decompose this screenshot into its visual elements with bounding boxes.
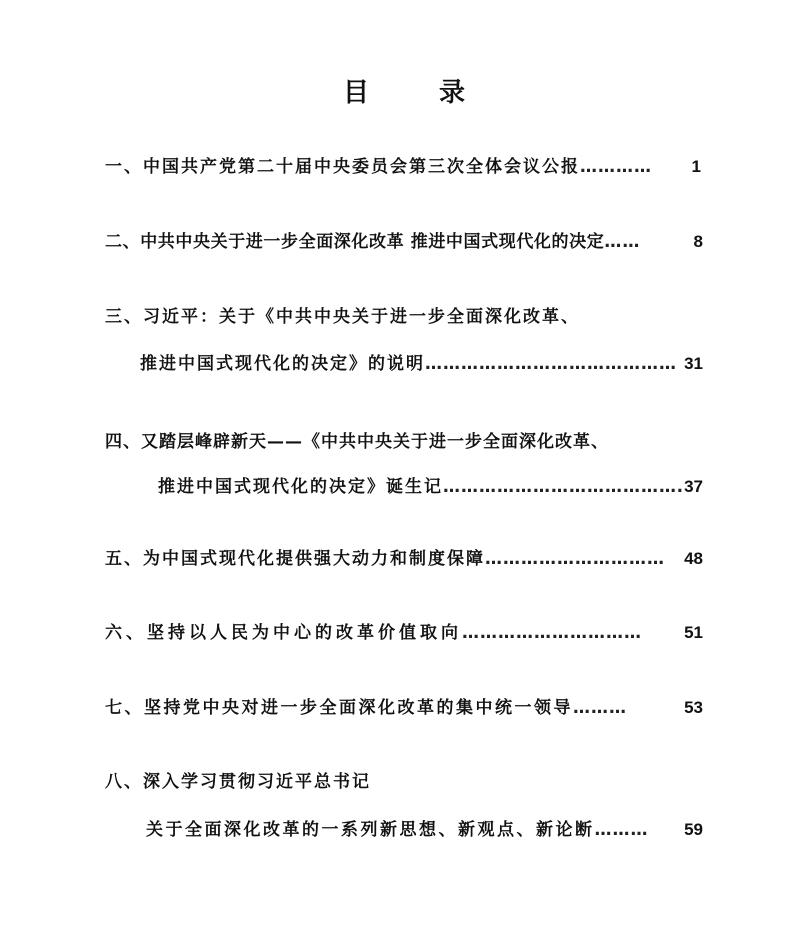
leader-dots: …… bbox=[604, 230, 693, 254]
toc-entry-title-cont: 推进中国式现代化的决定》的说明 bbox=[140, 352, 425, 376]
toc-entry-title: 二、中共中央关于进一步全面深化改革 推进中国式现代化的决定 bbox=[105, 230, 604, 254]
toc-entry-title: 七、坚持党中央对进一步全面深化改革的集中统一领导 bbox=[105, 696, 573, 720]
toc-entry-title-cont: 推进中国式现代化的决定》诞生记 bbox=[158, 475, 443, 499]
toc-entry-title: 一、中国共产党第二十届中央委员会第三次全体会议公报 bbox=[105, 155, 580, 179]
page-number: 31 bbox=[684, 352, 703, 376]
page-title: 目录 bbox=[0, 72, 808, 109]
toc-entry-1[interactable]: 一、中国共产党第二十届中央委员会第三次全体会议公报 ………… 1 bbox=[105, 155, 701, 179]
leader-dots: …………………………………… bbox=[425, 352, 684, 376]
toc-entry-title: 三、习近平：关于《中共中央关于进一步全面深化改革、 bbox=[105, 305, 580, 329]
title-char-2: 录 bbox=[439, 72, 465, 109]
toc-entry-4-line-1[interactable]: 四、又踏层峰辟新天——《中共中央关于进一步全面深化改革、 bbox=[105, 430, 609, 454]
leader-dots: ………… bbox=[580, 155, 692, 179]
page-number: 51 bbox=[684, 621, 703, 645]
toc-entry-title-cont: 关于全面深化改革的一系列新思想、新观点、新论断 bbox=[146, 818, 595, 842]
leader-dots: …………………………………… bbox=[443, 475, 684, 499]
toc-entry-6[interactable]: 六、坚持以人民为中心的改革价值取向 ………………………… 51 bbox=[105, 621, 703, 645]
toc-entry-3-line-2[interactable]: 推进中国式现代化的决定》的说明 …………………………………… 31 bbox=[140, 352, 703, 376]
leader-dots: ……… bbox=[573, 696, 684, 720]
toc-entry-2[interactable]: 二、中共中央关于进一步全面深化改革 推进中国式现代化的决定 …… 8 bbox=[105, 230, 703, 254]
toc-entry-8-line-1[interactable]: 八、深入学习贯彻习近平总书记 bbox=[105, 770, 371, 794]
page-number: 8 bbox=[694, 230, 703, 254]
toc-entry-4-line-2[interactable]: 推进中国式现代化的决定》诞生记 …………………………………… 37 bbox=[158, 475, 703, 499]
toc-entry-title: 八、深入学习贯彻习近平总书记 bbox=[105, 770, 371, 794]
page-number: 48 bbox=[684, 547, 703, 571]
page-number: 53 bbox=[684, 696, 703, 720]
toc-entry-title: 四、又踏层峰辟新天——《中共中央关于进一步全面深化改革、 bbox=[105, 430, 609, 454]
leader-dots: ……… bbox=[595, 818, 685, 842]
toc-entry-title: 六、坚持以人民为中心的改革价值取向 bbox=[105, 621, 462, 645]
toc-entry-7[interactable]: 七、坚持党中央对进一步全面深化改革的集中统一领导 ……… 53 bbox=[105, 696, 703, 720]
toc-entry-title: 五、为中国式现代化提供强大动力和制度保障 bbox=[105, 547, 485, 571]
page-number: 37 bbox=[684, 475, 703, 499]
leader-dots: ………………………… bbox=[485, 547, 684, 571]
toc-entry-3-line-1[interactable]: 三、习近平：关于《中共中央关于进一步全面深化改革、 bbox=[105, 305, 580, 329]
toc-entry-8-line-2[interactable]: 关于全面深化改革的一系列新思想、新观点、新论断 ……… 59 bbox=[146, 818, 703, 842]
page-number: 1 bbox=[692, 155, 701, 179]
leader-dots: ………………………… bbox=[462, 621, 684, 645]
toc-entry-5[interactable]: 五、为中国式现代化提供强大动力和制度保障 ………………………… 48 bbox=[105, 547, 703, 571]
title-char-1: 目 bbox=[343, 72, 369, 109]
page-number: 59 bbox=[684, 818, 703, 842]
